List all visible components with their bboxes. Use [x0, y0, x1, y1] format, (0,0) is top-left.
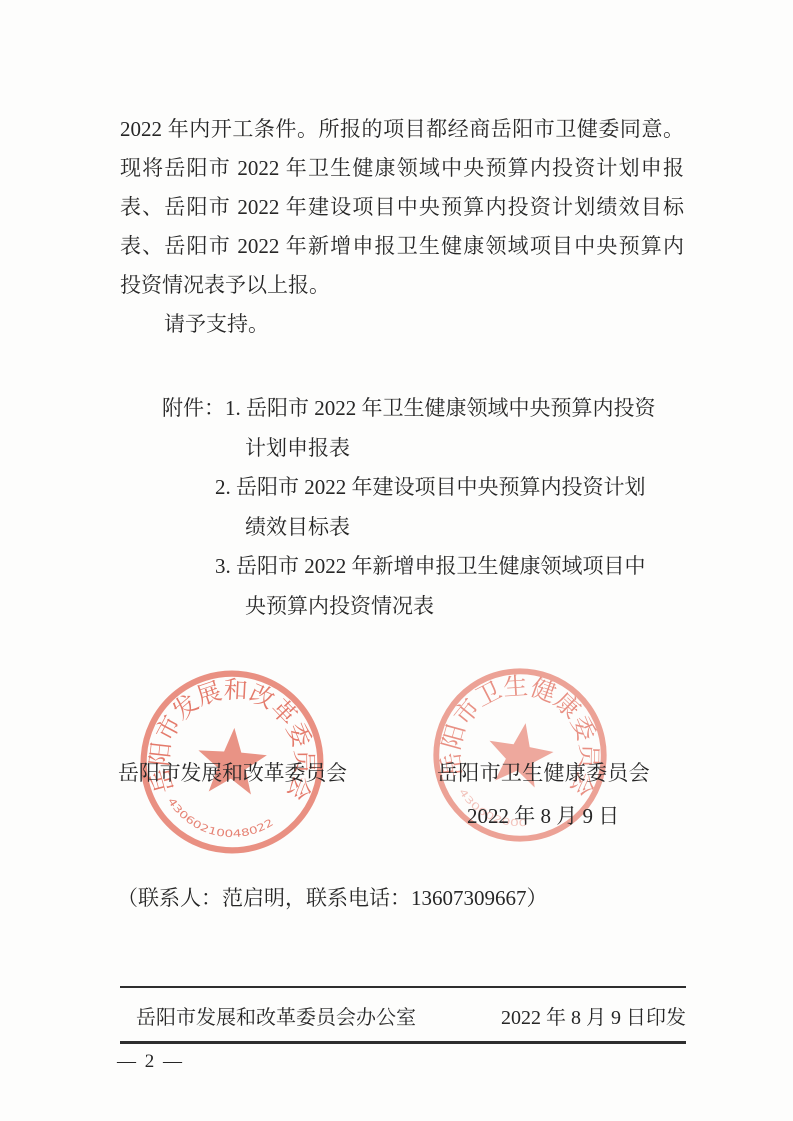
footer-print-date: 2022 年 8 月 9 日印发 — [501, 1001, 686, 1030]
svg-text:43060210048022: 43060210048022 — [163, 795, 278, 843]
attachment-item-3-wrap: 央预算内投资情况表 — [162, 587, 702, 627]
attachment-item-1: 1. 岳阳市 2022 年卫生健康领域中央预算内投资 — [225, 396, 656, 420]
signature-org-right: 岳阳市卫生健康委员会 — [437, 757, 650, 787]
attachments-block: 附件：1. 岳阳市 2022 年卫生健康领域中央预算内投资 计划申报表 2. 岳… — [162, 389, 702, 626]
attachment-item-2: 2. 岳阳市 2022 年建设项目中央预算内投资计划 — [162, 468, 702, 508]
attachments-label: 附件： — [162, 396, 225, 420]
footer-issuer: 岳阳市发展和改革委员会办公室 — [136, 1001, 416, 1030]
attachment-item-3: 3. 岳阳市 2022 年新增申报卫生健康领域项目中 — [162, 547, 702, 587]
body-line: 投资情况表予以上报。 — [120, 266, 684, 305]
document-page: { "page": { "number": "— 2 —" }, "body":… — [0, 0, 793, 1121]
footer-row: 岳阳市发展和改革委员会办公室 2022 年 8 月 9 日印发 — [120, 1001, 686, 1030]
body-line: 表、岳阳市 2022 年建设项目中央预算内投资计划绩效目标 — [120, 188, 684, 227]
body-paragraph: 2022 年内开工条件。所报的项目都经商岳阳市卫健委同意。 现将岳阳市 2022… — [120, 110, 684, 344]
signature-date: 2022 年 8 月 9 日 — [467, 800, 619, 830]
seal-serial-text: 43060210048022 — [163, 795, 278, 843]
body-line: 表、岳阳市 2022 年新增申报卫生健康领域项目中央预算内 — [120, 227, 684, 266]
attachment-row: 附件：1. 岳阳市 2022 年卫生健康领域中央预算内投资 — [162, 389, 702, 429]
signature-org-left: 岳阳市发展和改革委员会 — [118, 757, 347, 787]
body-line: 现将岳阳市 2022 年卫生健康领域中央预算内投资计划申报 — [120, 149, 684, 188]
footer-rule-top — [120, 986, 686, 988]
page-number: — 2 — — [117, 1051, 184, 1073]
attachment-item-1-wrap: 计划申报表 — [162, 429, 702, 469]
attachment-item-2-wrap: 绩效目标表 — [162, 508, 702, 548]
footer-rule-bottom — [120, 1041, 686, 1044]
contact-line: （联系人：范启明，联系电话：13607309667） — [117, 882, 548, 912]
body-line: 2022 年内开工条件。所报的项目都经商岳阳市卫健委同意。 — [120, 110, 684, 149]
closing-line: 请予支持。 — [120, 305, 684, 344]
